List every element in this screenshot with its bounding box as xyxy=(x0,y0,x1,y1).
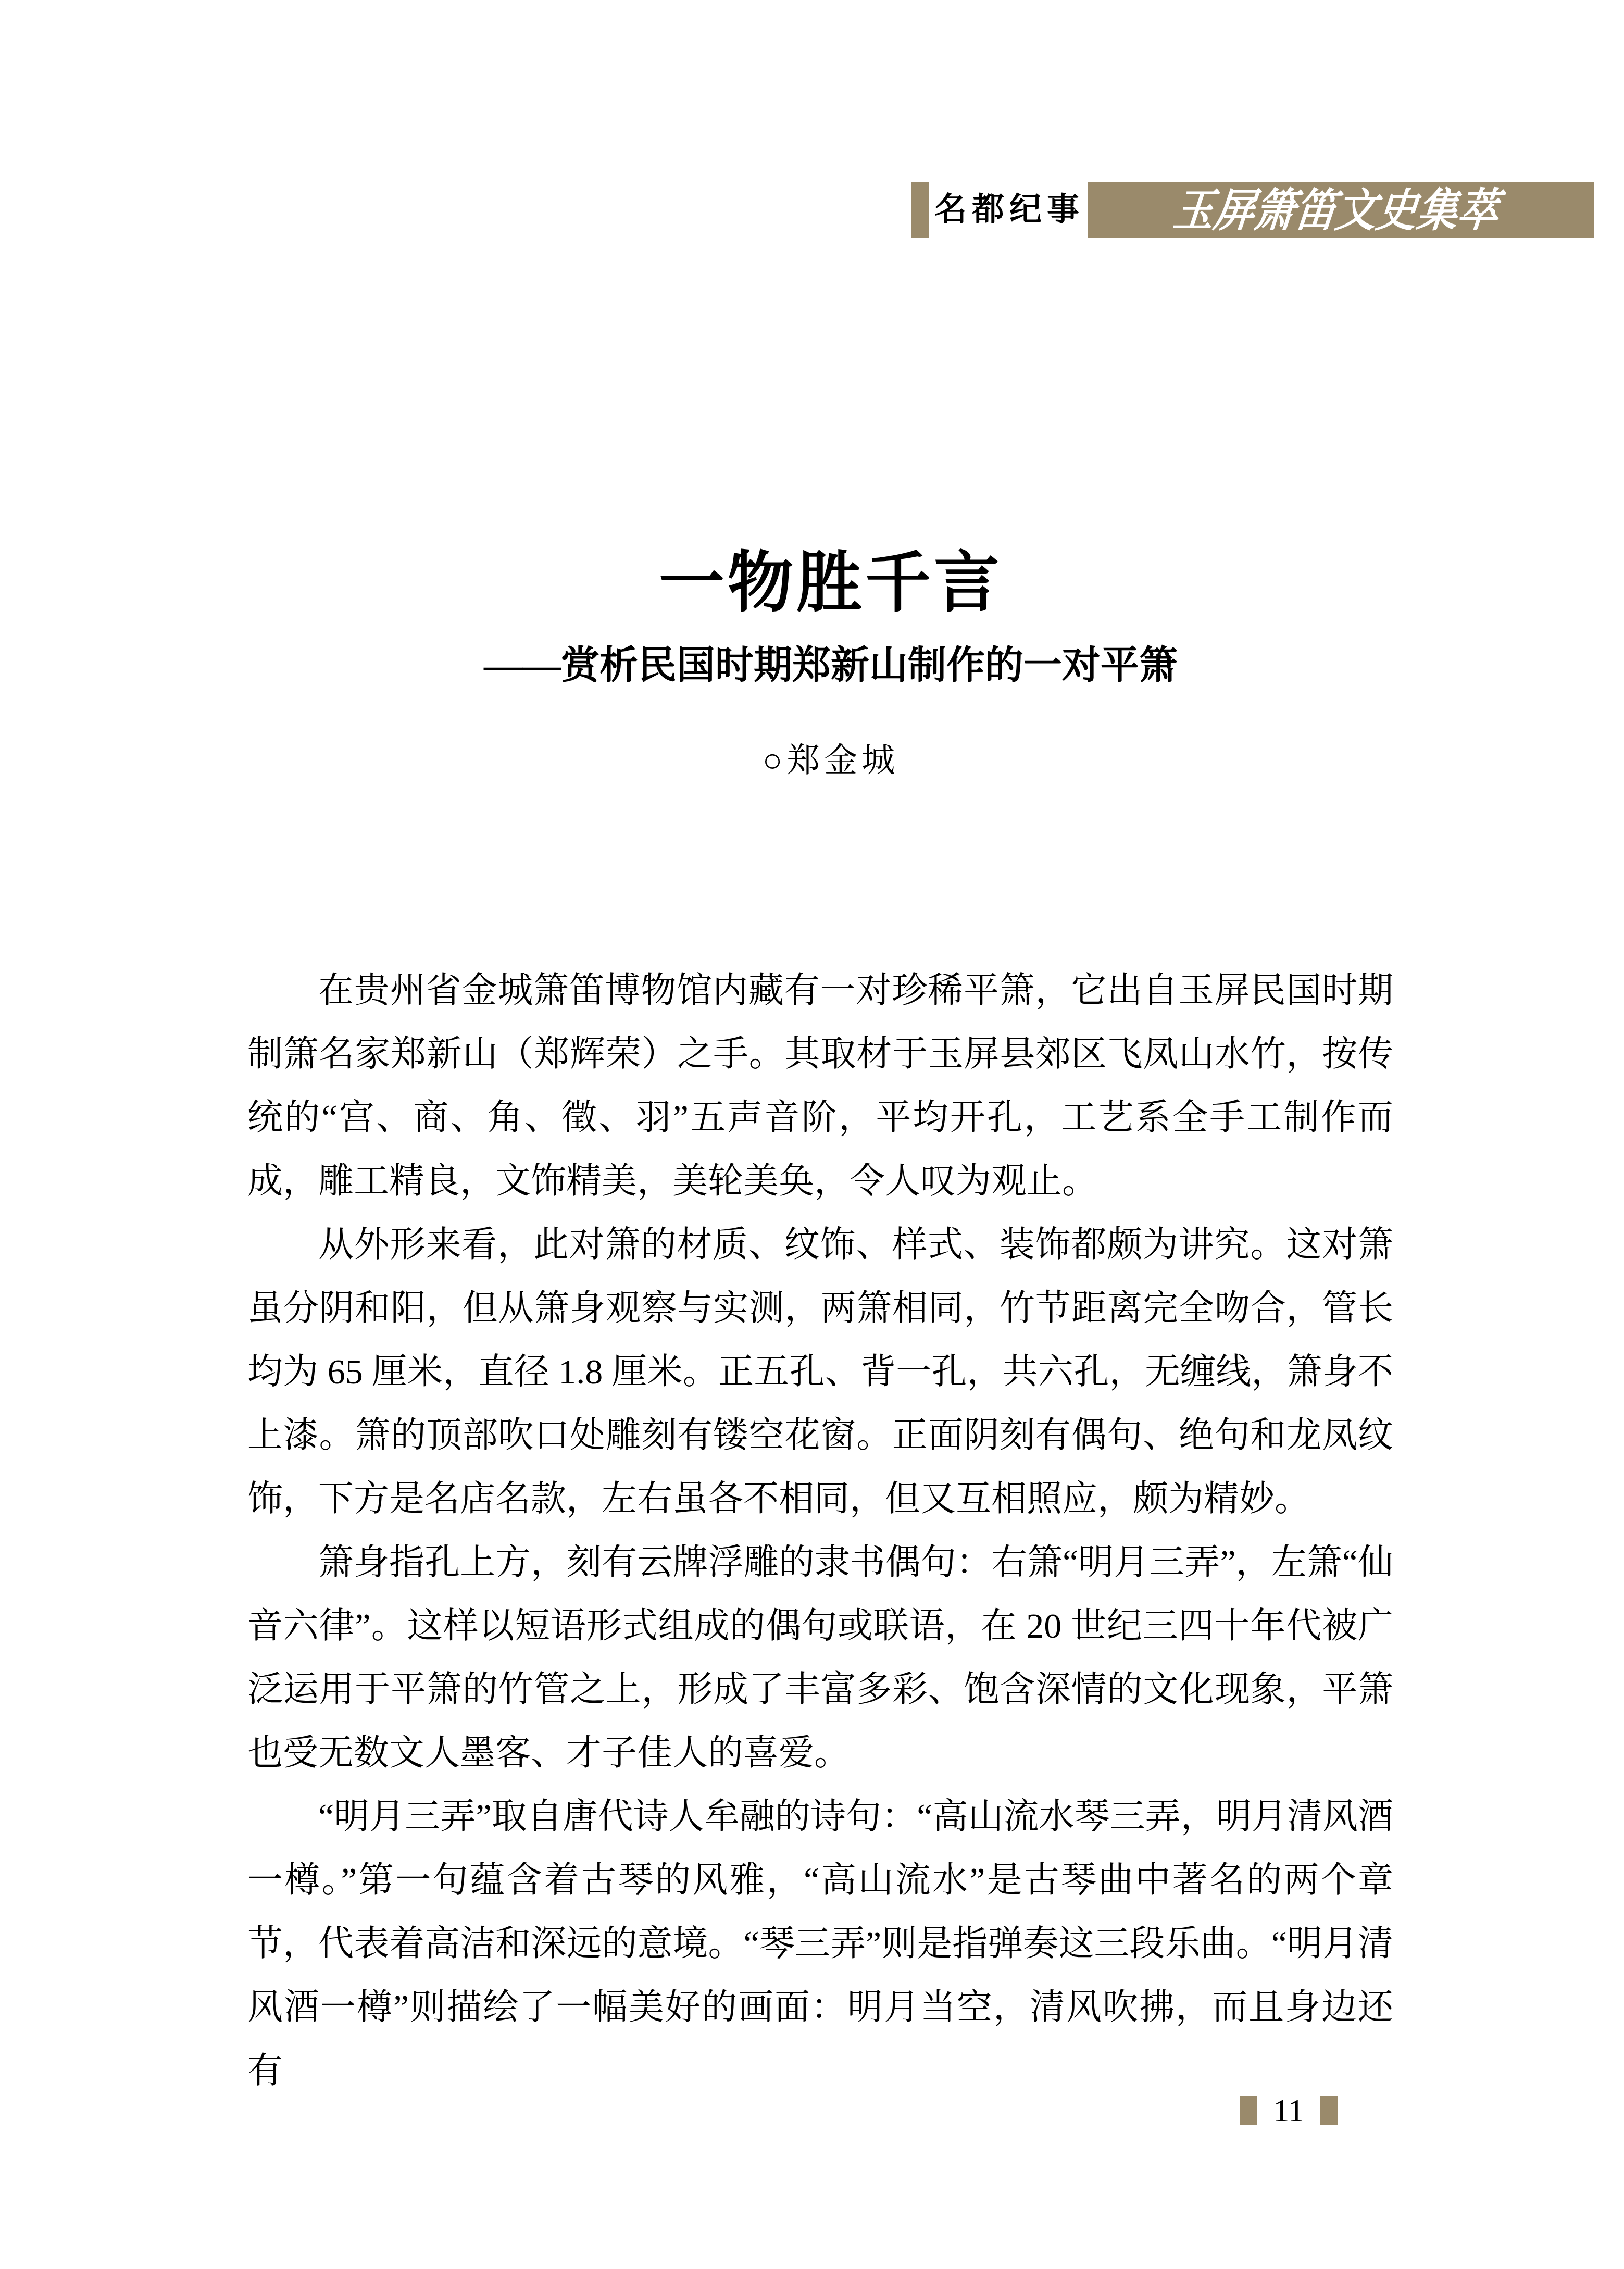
paragraph: 从外形来看，此对箫的材质、纹饰、样式、装饰都颇为讲究。这对箫虽分阴和阳，但从箫身… xyxy=(247,1213,1393,1530)
banner-calligraphy-text: 玉屏箫笛文史集萃 xyxy=(1170,182,1502,238)
folio-square-right xyxy=(1320,2096,1338,2125)
document-page: 名都纪事 玉屏箫笛文史集萃 一物胜千言 ——赏析民国时期郑新山制作的一对平箫 ○… xyxy=(0,0,1624,2269)
section-label: 名都纪事 xyxy=(934,182,1084,238)
folio-square-left xyxy=(1240,2096,1257,2125)
article-title: 一物胜千言 xyxy=(247,530,1414,625)
page-number: 11 xyxy=(1257,2096,1320,2125)
runhead-banner: 玉屏箫笛文史集萃 xyxy=(1088,182,1594,238)
article-author: ○郑金城 xyxy=(247,733,1414,781)
runhead-accent-bar xyxy=(911,182,929,238)
paragraph: 在贵州省金城箫笛博物馆内藏有一对珍稀平箫，它出自玉屏民国时期制箫名家郑新山（郑辉… xyxy=(247,958,1393,1213)
article-body: 在贵州省金城箫笛博物馆内藏有一对珍稀平箫，它出自玉屏民国时期制箫名家郑新山（郑辉… xyxy=(247,958,1393,2102)
page-footer: 11 xyxy=(1240,2095,1338,2126)
article-subtitle: ——赏析民国时期郑新山制作的一对平箫 xyxy=(247,634,1414,690)
paragraph: “明月三弄”取自唐代诗人牟融的诗句：“高山流水琴三弄，明月清风酒一樽。”第一句蕴… xyxy=(247,1785,1393,2102)
paragraph: 箫身指孔上方，刻有云牌浮雕的隶书偶句：右箫“明月三弄”，左箫“仙音六律”。这样以… xyxy=(247,1530,1393,1785)
